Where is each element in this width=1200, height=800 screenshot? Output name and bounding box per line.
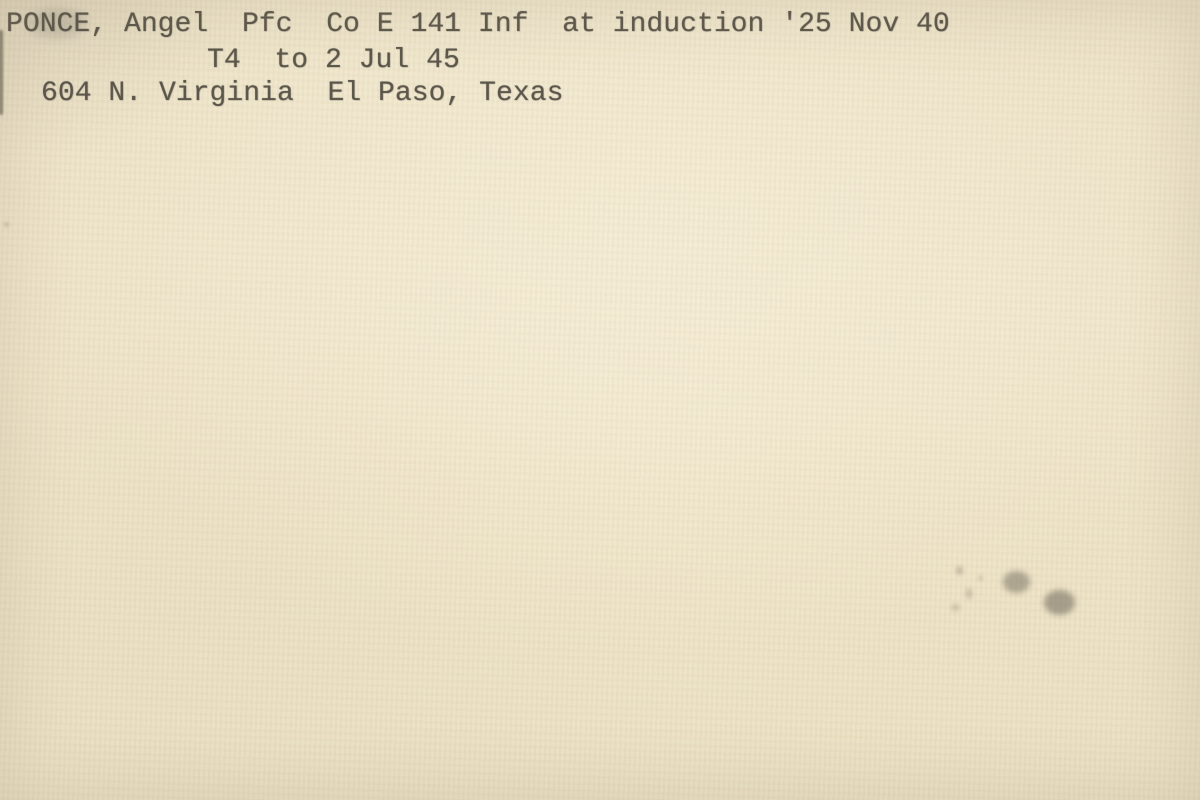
ink-smudge-blob (1003, 571, 1030, 593)
ink-smudge-blob (1044, 590, 1075, 615)
dirt-speck (978, 575, 983, 581)
dirt-speck (956, 566, 963, 575)
paper-grain-texture (0, 0, 1200, 800)
dirt-speck (966, 588, 972, 599)
scan-edge-artifact (0, 30, 3, 115)
scan-vignette (0, 0, 1200, 800)
typed-line-promotion: T4 to 2 Jul 45 (207, 47, 460, 75)
typed-line-service-record: PONCE, Angel Pfc Co E 141 Inf at inducti… (6, 11, 950, 39)
paper-speck (4, 222, 9, 227)
dirt-speck (951, 604, 960, 611)
scanned-index-card: PONCE, Angel Pfc Co E 141 Inf at inducti… (0, 0, 1200, 800)
typed-line-address: 604 N. Virginia El Paso, Texas (41, 80, 563, 108)
